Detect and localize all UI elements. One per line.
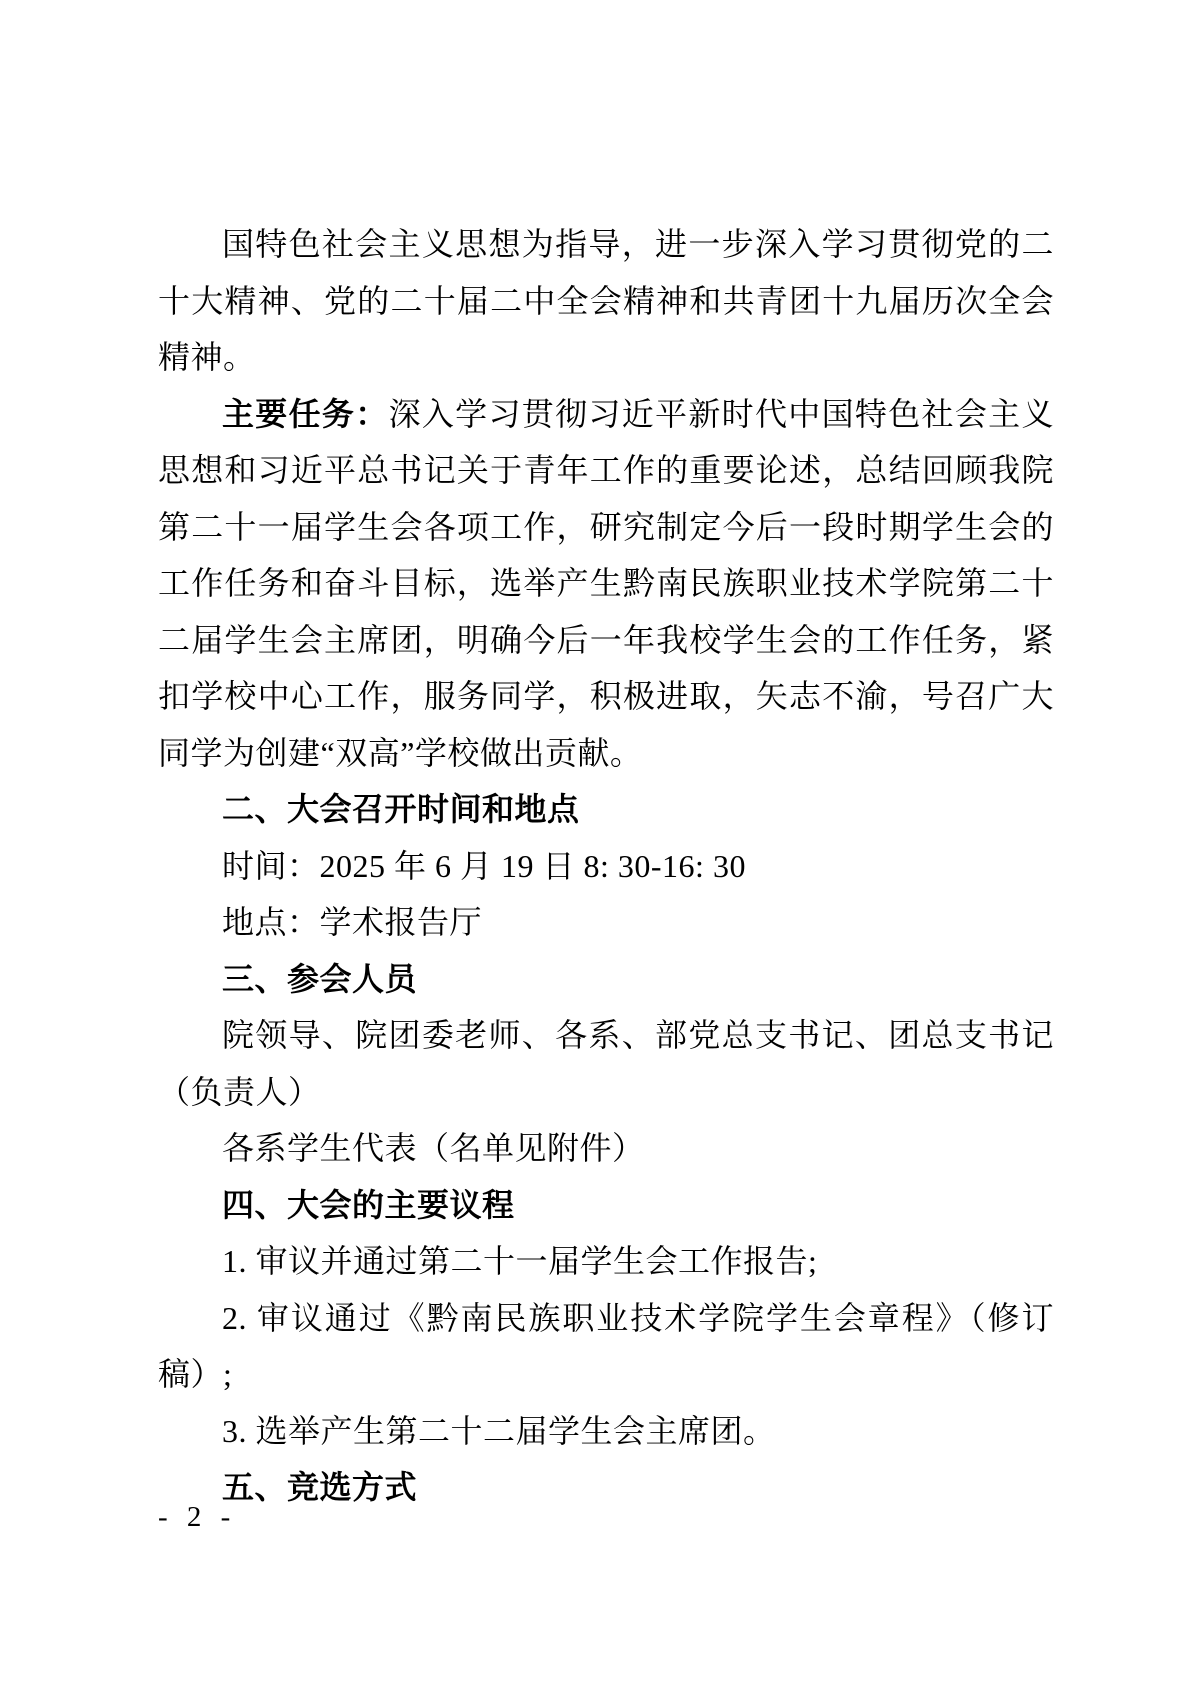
paragraph-main-tasks: 主要任务：深入学习贯彻习近平新时代中国特色社会主义思想和习近平总书记关于青年工作… xyxy=(158,386,1054,782)
page-number: - 2 - xyxy=(158,1501,236,1533)
document-page: 国特色社会主义思想为指导，进一步深入学习贯彻党的二十大精神、党的二十届二中全会精… xyxy=(0,0,1191,1684)
heading-section-2-time-place: 二、大会召开时间和地点 xyxy=(158,781,1054,838)
paragraph-continued: 国特色社会主义思想为指导，进一步深入学习贯彻党的二十大精神、党的二十届二中全会精… xyxy=(158,216,1054,386)
meeting-place-line: 地点：学术报告厅 xyxy=(158,894,1054,951)
heading-section-5-election-method: 五、竞选方式 xyxy=(158,1459,1054,1516)
main-tasks-text: 深入学习贯彻习近平新时代中国特色社会主义思想和习近平总书记关于青年工作的重要论述… xyxy=(158,396,1054,771)
heading-section-3-attendees: 三、参会人员 xyxy=(158,951,1054,1008)
agenda-item-1: 1. 审议并通过第二十一届学生会工作报告; xyxy=(158,1233,1054,1290)
heading-section-4-agenda: 四、大会的主要议程 xyxy=(158,1177,1054,1234)
meeting-time-line: 时间：2025 年 6 月 19 日 8: 30-16: 30 xyxy=(158,838,1054,895)
document-body: 国特色社会主义思想为指导，进一步深入学习贯彻党的二十大精神、党的二十届二中全会精… xyxy=(158,216,1054,1516)
page-footer: - 2 - xyxy=(158,1500,236,1534)
attendees-line-leaders: 院领导、院团委老师、各系、部党总支书记、团总支书记（负责人） xyxy=(158,1007,1054,1120)
attendees-line-students: 各系学生代表（名单见附件） xyxy=(158,1120,1054,1177)
main-tasks-label: 主要任务： xyxy=(222,396,389,432)
agenda-item-3: 3. 选举产生第二十二届学生会主席团。 xyxy=(158,1403,1054,1460)
agenda-item-2: 2. 审议通过《黔南民族职业技术学院学生会章程》（修订稿）; xyxy=(158,1290,1054,1403)
